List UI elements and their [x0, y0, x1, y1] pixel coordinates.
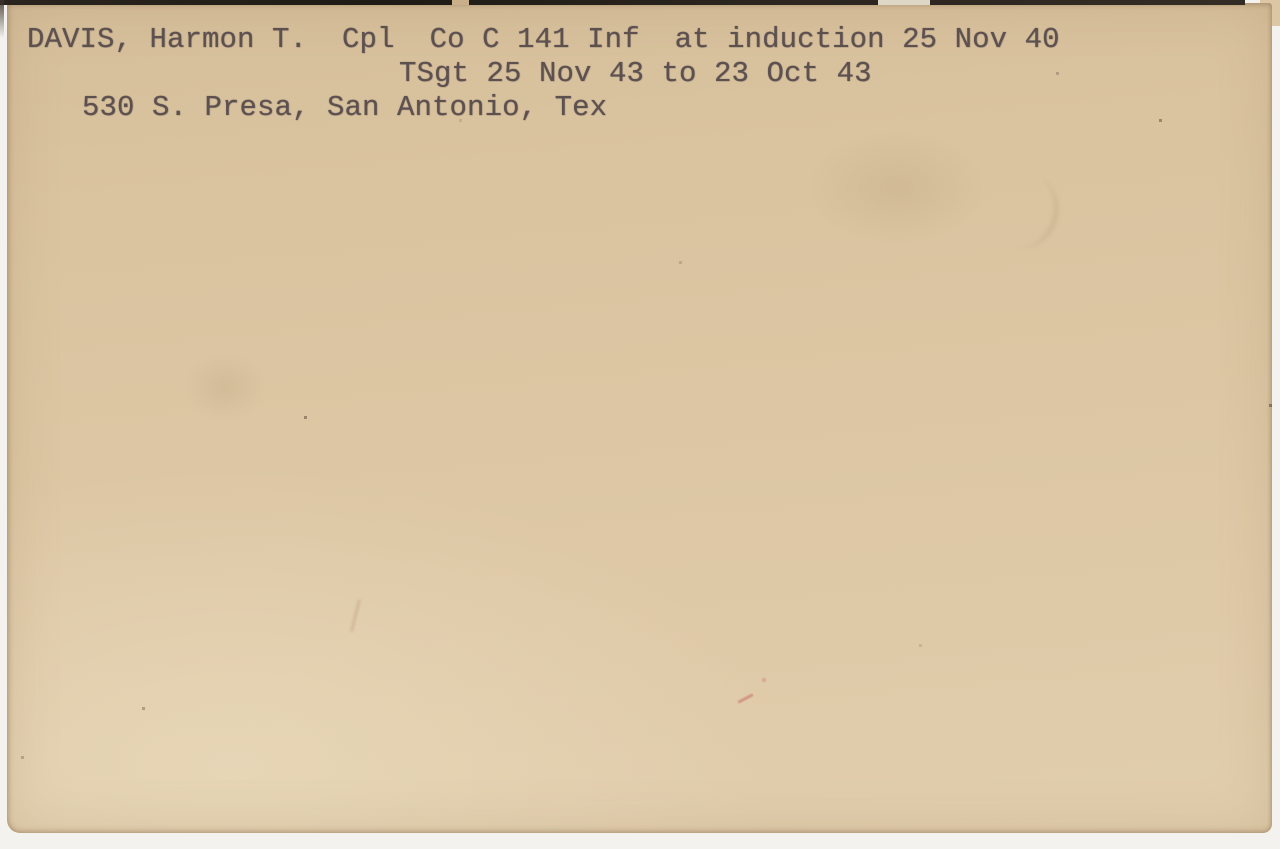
paper-smudge-streak	[350, 599, 361, 632]
paper-smudge	[185, 355, 265, 419]
edge-strip-notch	[452, 0, 469, 5]
edge-strip-notch	[878, 0, 930, 5]
typewritten-line-name-rank-unit: DAVIS, Harmon T. Cpl Co C 141 Inf at ind…	[27, 23, 1060, 57]
paper-smudge	[807, 133, 987, 243]
red-ink-dot	[762, 678, 766, 682]
paper-specks	[0, 0, 1, 1]
scanned-document: DAVIS, Harmon T. Cpl Co C 141 Inf at ind…	[0, 0, 1280, 849]
red-ink-mark	[737, 693, 753, 704]
paper-smudge-arc	[972, 161, 1068, 259]
typewritten-line-promotion-dates: TSgt 25 Nov 43 to 23 Oct 43	[399, 57, 872, 91]
scan-left-edge-shadow	[0, 0, 4, 38]
scan-top-edge-strip	[0, 0, 1245, 5]
record-card: DAVIS, Harmon T. Cpl Co C 141 Inf at ind…	[7, 3, 1272, 833]
typewritten-line-address: 530 S. Presa, San Antonio, Tex	[82, 91, 607, 125]
